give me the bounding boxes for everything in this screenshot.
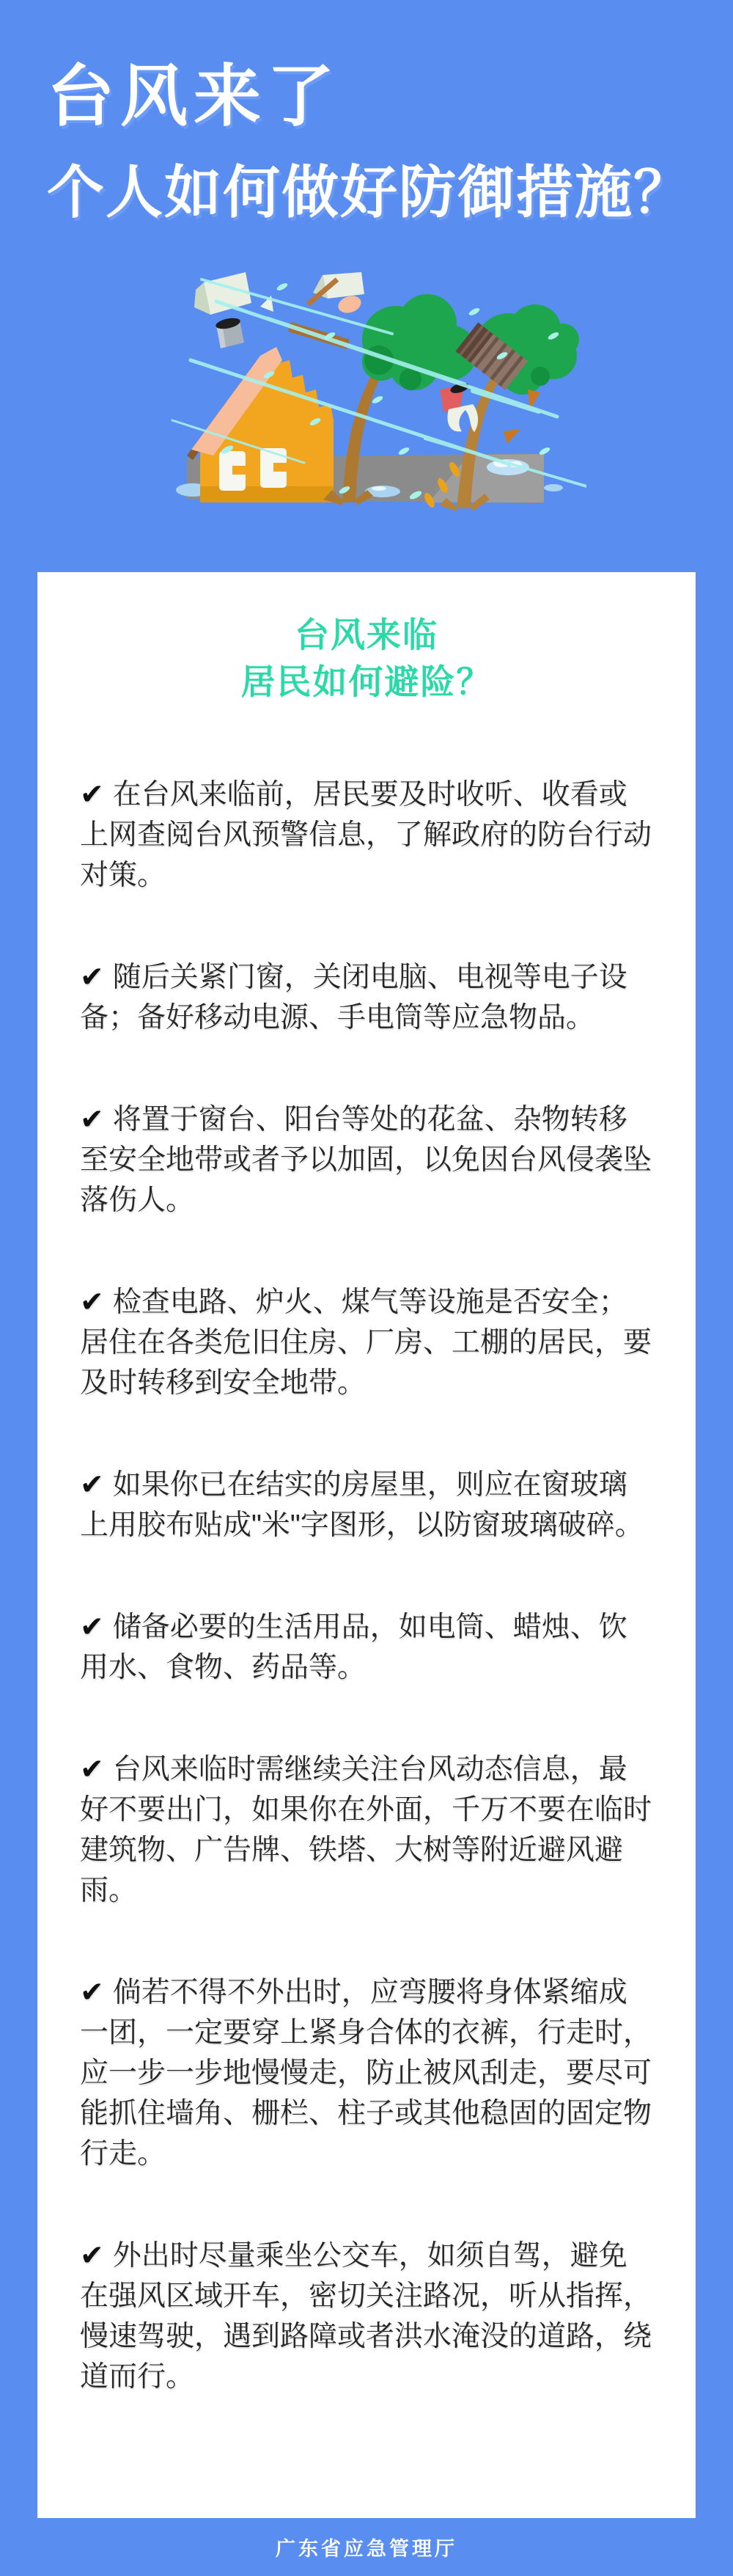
tip-item: ✔外出时尽量乘坐公交车，如须自驾，避免在强风区域开车，密切关注路况，听从指挥，慢… [80,2236,653,2397]
tip-item: ✔将置于窗台、阳台等处的花盆、杂物转移至安全地带或者予以加固，以免因台风侵袭坠落… [80,1099,653,1221]
check-icon: ✔ [80,1104,104,1135]
tip-item: ✔随后关紧门窗，关闭电脑、电视等电子设备；备好移动电源、手电筒等应急物品。 [80,957,653,1038]
tip-text: 倘若不得不外出时，应弯腰将身体紧缩成一团，一定要穿上紧身合体的衣裤，行走时，应一… [80,1977,652,2170]
card-title: 台风来临 居民如何避险？ [80,572,653,706]
tip-text: 在台风来临前，居民要及时收听、收看或上网查阅台风预警信息，了解政府的防台行动对策… [80,779,652,891]
tips-card: 台风来临 居民如何避险？ ✔在台风来临前，居民要及时收听、收看或上网查阅台风预警… [37,572,696,2518]
paper-sheet [204,272,251,315]
poster-title-line2: 个人如何做好防御措施？ [47,163,692,223]
tip-text: 随后关紧门窗，关闭电脑、电视等电子设备；备好移动电源、手电筒等应急物品。 [80,962,627,1033]
tip-text: 储备必要的生活用品，如电筒、蜡烛、饮用水、食物、药品等。 [80,1611,627,1683]
tip-item: ✔如果你已在结实的房屋里，则应在窗玻璃上用胶布贴成"米"字图形，以防窗玻璃破碎。 [80,1465,653,1545]
check-icon: ✔ [80,2240,104,2272]
card-title-line1: 台风来临 [295,615,438,654]
tip-item: ✔倘若不得不外出时，应弯腰将身体紧缩成一团，一定要穿上紧身合体的衣裤，行走时，应… [80,1972,653,2174]
tip-text: 将置于窗台、阳台等处的花盆、杂物转移至安全地带或者予以加固，以免因台风侵袭坠落伤… [80,1104,652,1216]
card-title-line2: 居民如何避险？ [241,662,493,701]
poster-footer: 广东省应急管理厅 [0,2518,733,2576]
tip-text: 外出时尽量乘坐公交车，如须自驾，避免在强风区域开车，密切关注路况，听从指挥，慢速… [80,2240,652,2393]
check-icon: ✔ [80,1469,104,1501]
poster-title-line1: 台风来了 [47,62,340,133]
typhoon-scene-svg [158,266,586,516]
tip-text: 检查电路、炉火、煤气等设施是否安全；居住在各类危旧住房、厂房、工棚的居民，要及时… [80,1287,652,1399]
check-icon: ✔ [80,962,104,993]
tip-text: 如果你已在结实的房屋里，则应在窗玻璃上用胶布贴成"米"字图形，以防窗玻璃破碎。 [80,1469,644,1541]
tip-item: ✔检查电路、炉火、煤气等设施是否安全；居住在各类危旧住房、厂房、工棚的居民，要及… [80,1282,653,1403]
tips-list: ✔在台风来临前，居民要及时收听、收看或上网查阅台风预警信息，了解政府的防台行动对… [80,775,653,2397]
typhoon-poster: 台风来了 个人如何做好防御措施？ [0,0,733,2576]
footer-org-label: 广东省应急管理厅 [276,2533,457,2561]
leaf [504,429,520,444]
tip-item: ✔储备必要的生活用品，如电筒、蜡烛、饮用水、食物、药品等。 [80,1607,653,1688]
check-icon: ✔ [80,1287,104,1318]
tip-text: 台风来临时需继续关注台风动态信息，最好不要出门，如果你在外面，千万不要在临时建筑… [80,1754,652,1906]
check-icon: ✔ [80,779,104,811]
check-icon: ✔ [80,1754,104,1785]
check-icon: ✔ [80,1977,104,2008]
typhoon-illustration [158,266,586,516]
tip-item: ✔在台风来临前，居民要及时收听、收看或上网查阅台风预警信息，了解政府的防台行动对… [80,775,653,896]
tip-item: ✔台风来临时需继续关注台风动态信息，最好不要出门，如果你在外面，千万不要在临时建… [80,1749,653,1911]
check-icon: ✔ [80,1611,104,1643]
